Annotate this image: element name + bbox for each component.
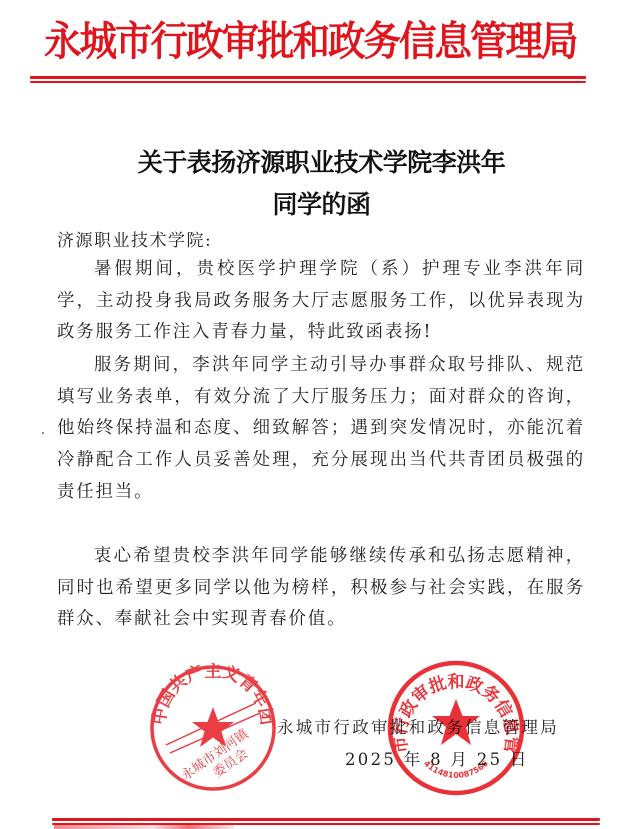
- body-paragraph-2: 服务期间，李洪年同学主动引导办事群众取号排队、规范填写业务表单，有效分流了大厅服…: [57, 350, 585, 509]
- scan-artifact: [42, 432, 44, 434]
- footer-ink-smudge: [54, 824, 234, 829]
- body-paragraph-1: 暑假期间，贵校医学护理学院（系）护理专业李洪年同学，主动投身我局政务服务大厅志愿…: [57, 254, 585, 349]
- document-title-line1: 关于表扬济源职业技术学院李洪年: [0, 143, 643, 183]
- letterhead-rule-bottom: [30, 81, 586, 83]
- letterhead-organization: 永城市行政审批和政务信息管理局: [44, 14, 574, 68]
- document-title-line2: 同学的函: [0, 185, 643, 225]
- right-seal-code: 4114810087566: [422, 759, 490, 780]
- bureau-official-seal: 永城市行政审批和政务信息管理局 4114810087566: [386, 659, 526, 797]
- body-paragraph-3: 衷心希望贵校李洪年同学能够继续传承和弘扬志愿精神，同时也希望更多同学以他为榜样，…: [57, 541, 585, 636]
- star-icon: [432, 699, 480, 745]
- youth-league-seal: 中国共产主义青年团 永城市刘河镇 委员会: [148, 663, 278, 793]
- footer-rule-top: [52, 818, 600, 821]
- salutation: 济源职业技术学院:: [57, 227, 212, 255]
- svg-text:4114810087566: 4114810087566: [422, 759, 490, 780]
- letterhead-rule-top: [30, 76, 586, 79]
